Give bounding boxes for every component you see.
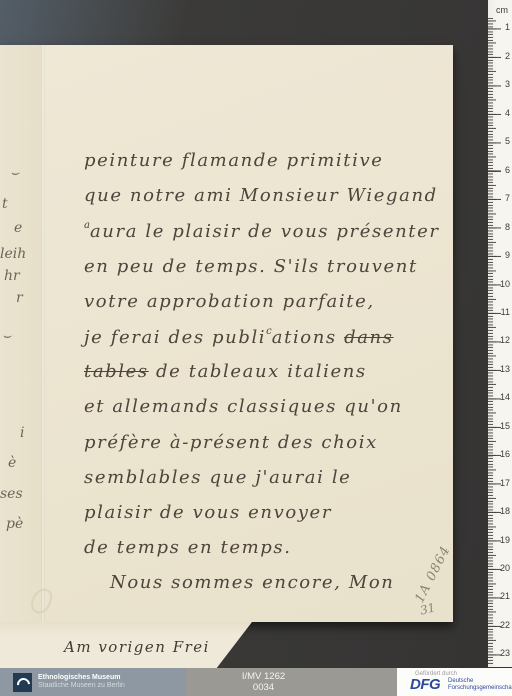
next-page-text: Am vorigen Frei [64, 638, 210, 656]
museum-footer-block: Ethnologisches Museum Staatliche Museen … [0, 668, 186, 696]
ink-fragment: ⌣ [10, 165, 19, 181]
letter-line: préfère à-présent des choix [84, 432, 450, 467]
ruler-number: 17 [496, 478, 510, 488]
dfg-logo: DFG [410, 676, 440, 693]
letter-line: tables de tableaux italiens [84, 361, 450, 396]
ruler-number: 11 [496, 307, 510, 317]
museum-text: Ethnologisches Museum Staatliche Museen … [38, 674, 125, 690]
ink-fragment: e [14, 220, 22, 236]
ruler-number: 2 [496, 51, 510, 61]
letter-segment: plaisir de vous envoyer [84, 502, 332, 523]
ruler-number: 16 [496, 449, 510, 459]
letter-segment: tables [84, 361, 149, 382]
measuring-ruler: cm 1234567891011121314151617181920212223 [488, 0, 512, 667]
ruler-number: 23 [496, 648, 510, 658]
ruler-number: 13 [496, 364, 510, 374]
image-number: 0034 [206, 682, 321, 693]
letter-line: semblables que j'aurai le [84, 467, 450, 502]
letter-segment: de tableaux italiens [149, 361, 367, 382]
letter-segment: et allemands classiques qu'on [84, 396, 403, 417]
letter-line: que notre ami Monsieur Wiegand [84, 185, 450, 220]
letter-line: et allemands classiques qu'on [84, 396, 450, 431]
letter-segment: ations [272, 327, 344, 348]
letter-segment: aura le plaisir de vous présenter [90, 221, 440, 242]
letter-segment: Nous sommes encore, Mon [110, 572, 394, 593]
smb-arc-glyph [14, 675, 32, 693]
ink-fragment: t [2, 196, 8, 212]
identifier-footer-block: I/MV 1262 0034 [186, 668, 397, 696]
letter-segment: préfère à-présent des choix [84, 432, 378, 453]
dfg-name: Deutsche Forschungsgemeinschaft [448, 678, 512, 692]
ruler-unit-label: cm [495, 5, 509, 15]
ink-fragment: leih [0, 246, 26, 262]
ruler-number: 12 [496, 335, 510, 345]
ink-fragment: è [8, 455, 16, 471]
ruler-number: 10 [496, 279, 510, 289]
footer-bar: Ethnologisches Museum Staatliche Museen … [0, 668, 512, 696]
ruler-number: 22 [496, 620, 510, 630]
ruler-number: 3 [496, 79, 510, 89]
ruler-number: 18 [496, 506, 510, 516]
letter-line: en peu de temps. S'ils trouvent [84, 256, 450, 291]
ruler-number: 20 [496, 563, 510, 573]
letter-segment: que notre ami Monsieur Wiegand [84, 185, 438, 206]
ruler-number: 19 [496, 535, 510, 545]
funding-footer-block: Gefördert durch DFG Deutsche Forschungsg… [397, 668, 512, 696]
letter-line: de temps en temps. [84, 537, 450, 572]
identifier-number: I/MV 1262 [206, 671, 321, 682]
letter-segment: semblables que j'aurai le [84, 467, 351, 488]
museum-subtitle: Staatliche Museen zu Berlin [38, 682, 125, 690]
letter-lines: peinture flamande primitiveque notre ami… [84, 150, 450, 607]
ink-fragment: ⌣ [2, 328, 11, 344]
ink-fragment: i [20, 425, 24, 441]
letter-segment: votre approbation parfaite, [84, 291, 375, 312]
ink-fragment: hr [4, 268, 20, 284]
ruler-number: 6 [496, 165, 510, 175]
letter-segment: de temps en temps. [84, 537, 292, 558]
letter-line: votre approbation parfaite, [84, 291, 450, 326]
ink-fragment: ses [0, 486, 23, 502]
letter-line: Nous sommes encore, Mon [84, 572, 450, 607]
ruler-number: 1 [496, 22, 510, 32]
ruler-number: 5 [496, 136, 510, 146]
museum-name: Ethnologisches Museum [38, 674, 125, 682]
letter-segment: en peu de temps. S'ils trouvent [84, 256, 418, 277]
ruler-number: 21 [496, 591, 510, 601]
ruler-number: 4 [496, 108, 510, 118]
letter-line: peinture flamande primitive [84, 150, 450, 185]
digitized-letter-photo: peinture flamande primitiveque notre ami… [0, 0, 512, 696]
dfg-name-line2: Forschungsgemeinschaft [448, 685, 512, 692]
dfg-name-line1: Deutsche [448, 678, 512, 685]
object-identifier: I/MV 1262 0034 [206, 671, 321, 693]
ruler-number: 14 [496, 392, 510, 402]
letter-segment: dans [344, 327, 393, 348]
letter-line: je ferai des publications dans [84, 326, 450, 361]
ruler-number: 8 [496, 222, 510, 232]
smb-logo-icon [13, 673, 32, 692]
ink-fragment: pè [6, 516, 23, 532]
ink-fragment: r [16, 290, 23, 306]
letter-line: plaisir de vous envoyer [84, 502, 450, 537]
letter-line: aaura le plaisir de vous présenter [84, 220, 450, 255]
letter-segment: je ferai des publi [84, 327, 266, 348]
letter-segment: peinture flamande primitive [84, 150, 384, 171]
ruler-number: 15 [496, 421, 510, 431]
page-fold-line [41, 45, 45, 622]
ruler-number: 7 [496, 193, 510, 203]
ruler-number: 9 [496, 250, 510, 260]
